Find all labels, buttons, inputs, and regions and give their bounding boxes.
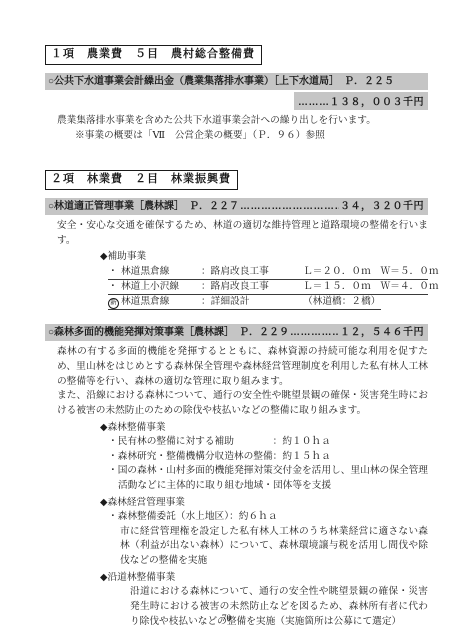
amount-line: ………１３８，００３千円	[45, 92, 428, 110]
forest-management-detail: 市に経営管理権を設定した私有林人工林のうち林業経営に適さない森林（利益が出ない森…	[120, 525, 428, 569]
work-spec: Ｌ＝２０．０ｍ Ｗ＝５．０ｍ	[303, 265, 439, 279]
document-page: １項 農業費 ５目 農村総合整備費 ○公共下水道事業会計繰出金（農業集落排水事業…	[0, 0, 453, 640]
section-heading-box-agriculture: １項 農業費 ５目 農村総合整備費	[45, 45, 262, 65]
amount-value: １２，５４６千円	[340, 326, 424, 339]
project-title: ○森林多面的機能発揮対策事業［農林課］ Ｐ．２２９	[48, 326, 289, 339]
work-type: ：路肩改良工事	[201, 280, 303, 294]
forest-management-subheading: ◆森林経営管理事業	[100, 496, 428, 511]
work-spec: Ｌ＝１５．０ｍ Ｗ＝４．０ｍ	[303, 280, 439, 294]
section-heading-box-forestry: ２項 林業費 ２目 林業振興費	[45, 170, 238, 190]
reference-note: ※事業の概要は「Ⅶ 公営企業の概要」（Ｐ．９６）参照	[75, 129, 428, 144]
forest-maintenance-subheading: ◆森林整備事業	[100, 421, 428, 436]
project-title: ○林道適正管理事業［農林課］ Ｐ．２２７	[48, 200, 239, 213]
project-description: 安全・安心な交通を確保するため、林道の適切な維持管理と道路環境の整備を行います。	[57, 219, 428, 248]
bullet-national-grant: ・国の森林・山村多面的機能発揮対策交付金を活用し、里山林の保全管理活動などに主体…	[108, 464, 428, 493]
amount-value: ３４，３２０千円	[340, 200, 424, 213]
work-spec: （林道橋：２橋）	[303, 295, 381, 309]
bullet-minakami-consignment: ・森林整備委託（水上地区）：約６ｈａ	[108, 510, 428, 525]
new-project-circled-icon: 新	[108, 295, 121, 309]
subsidy-subheading: ◆補助事業	[100, 250, 428, 265]
work-type: ：路肩改良工事	[201, 265, 303, 279]
work-type: ：詳細設計	[201, 295, 303, 309]
road-row-kamikozawa: ・ 林道上小沢線 ：路肩改良工事 Ｌ＝１５．０ｍ Ｗ＝４．０ｍ	[108, 280, 428, 295]
project-heading-forest-road: ○林道適正管理事業［農林課］ Ｐ．２２７ ……………………………………………………	[45, 198, 428, 215]
new-marker-glyph: 新	[108, 298, 119, 309]
bullet-private-forest-subsidy: ・民有林の整備に対する補助 ：約１０ｈａ	[108, 435, 428, 450]
project-title: ○公共下水道事業会計繰出金（農業集落排水事業）［上下水道局］ Ｐ．２２５	[48, 75, 394, 88]
road-name: 林道上小沢線	[121, 280, 201, 294]
road-row-kurokura: ・ 林道黒倉線 ：路肩改良工事 Ｌ＝２０．０ｍ Ｗ＝５．０ｍ	[108, 265, 428, 280]
bullet-research-org-forest: ・森林研究・整備機構分収造林の整備：約１５ｈａ	[108, 450, 428, 465]
road-name: 林道黒倉線	[121, 265, 201, 279]
road-name: 林道黒倉線	[121, 295, 201, 309]
bullet-marker: ・	[108, 280, 121, 294]
project-heading-forest-multifunction: ○森林多面的機能発揮対策事業［農林課］ Ｐ．２２９ …………………………… １２…	[45, 324, 428, 341]
dot-leader: ……………………………………………………………………	[240, 200, 339, 213]
amount-value: ………１３８，００３千円	[294, 92, 428, 110]
road-project-list: ・ 林道黒倉線 ：路肩改良工事 Ｌ＝２０．０ｍ Ｗ＝５．０ｍ ・ 林道上小沢線 …	[108, 265, 428, 310]
dot-leader: ……………………………	[290, 326, 339, 339]
bullet-marker: ・	[108, 265, 121, 279]
project-description-2: また、沿線における森林について、通行の安全性や眺望景観の確保・災害発生時における…	[57, 389, 428, 418]
project-description: 農業集落排水事業を含めた公共下水道事業会計への繰り出しを行います。	[57, 114, 428, 129]
page-number: 70	[0, 614, 453, 624]
roadside-forest-subheading: ◆沿道林整備事業	[100, 571, 428, 586]
project-description-1: 森林の有する多面的機能を発揮するとともに、森林資源の持続可能な利用を促すため、里…	[57, 345, 428, 389]
road-row-kurokura-design: 新 林道黒倉線 ：詳細設計 （林道橋：２橋）	[108, 295, 381, 310]
project-heading-sewer-transfer: ○公共下水道事業会計繰出金（農業集落排水事業）［上下水道局］ Ｐ．２２５	[45, 73, 428, 90]
